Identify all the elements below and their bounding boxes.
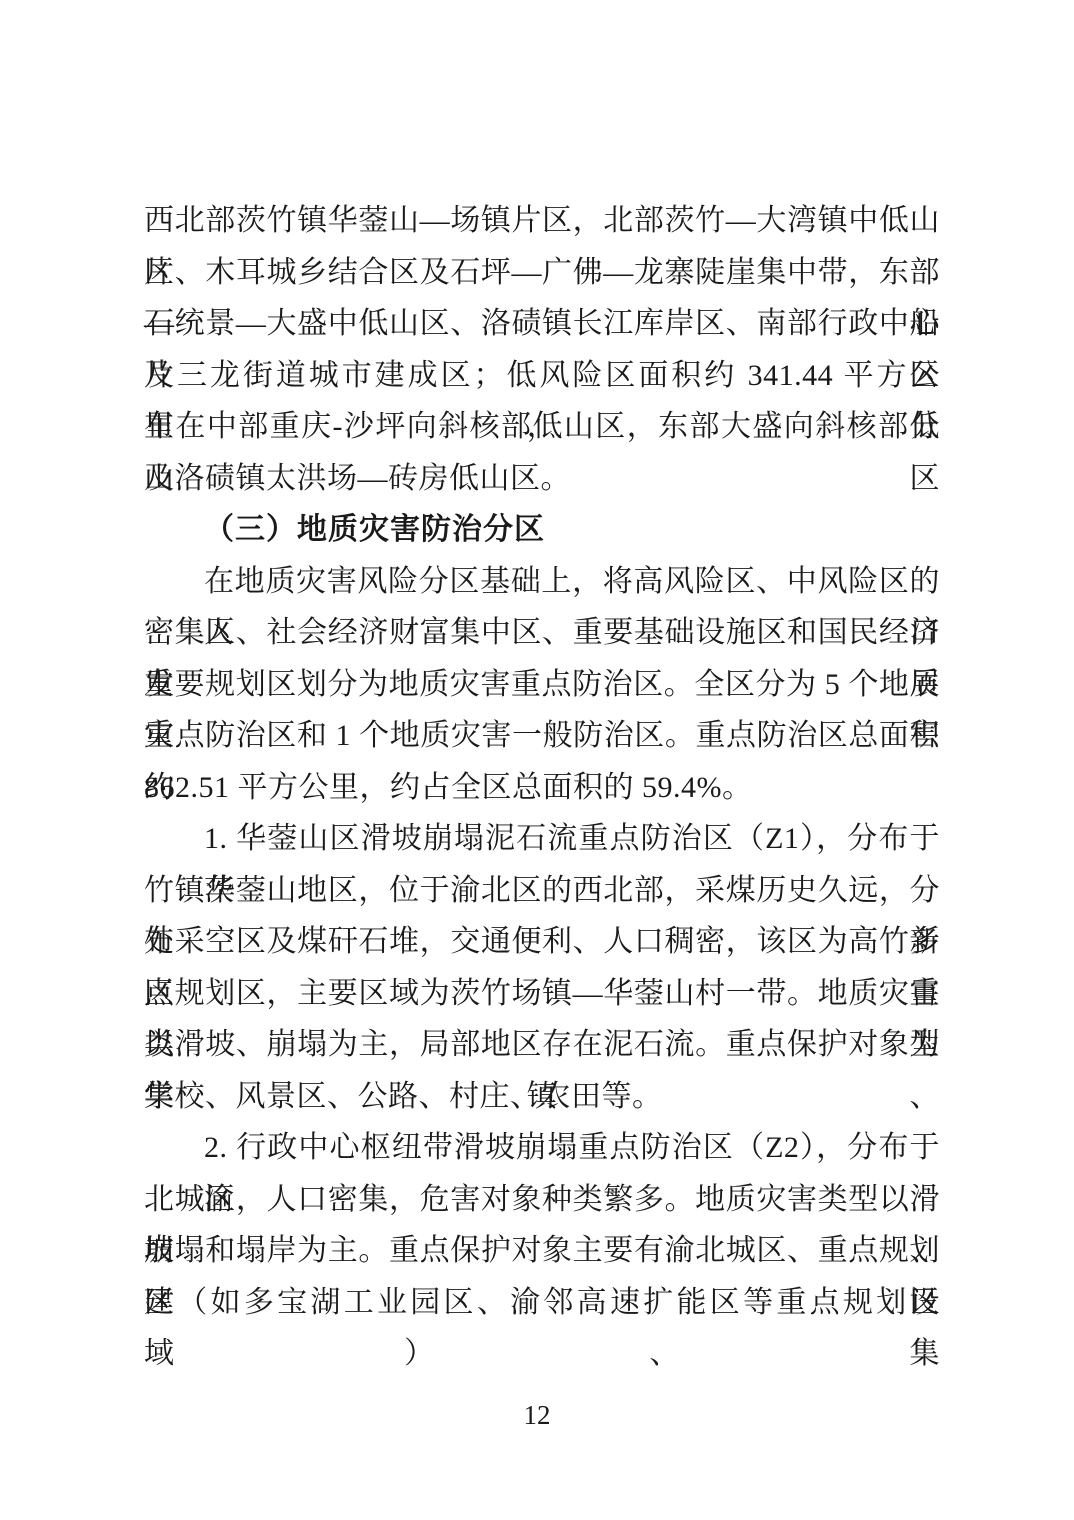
text-line: —统景—大盛中低山区、洛碛镇长江库岸区、南部行政中心片区	[144, 298, 940, 350]
text-line: 在地质灾害风险分区基础上，将高风险区、中风险区的人口	[144, 556, 940, 608]
section-heading: （三）地质灾害防治分区	[144, 504, 940, 556]
document-page: 西北部茨竹镇华蓥山—场镇片区，北部茨竹—大湾镇中低山片 区、木耳城乡结合区及石坪…	[0, 0, 1074, 1520]
text-line: 及三龙街道城市建成区；低风险区面积约 341.44 平方公里，分	[144, 350, 940, 402]
text-line: 区（如多宝湖工业园区、渝邻高速扩能区等重点规划区域）、集	[144, 1277, 940, 1329]
text-line: 重点防治区和 1 个地质灾害一般防治区。重点防治区总面积约	[144, 710, 940, 762]
text-line: 密集区、社会经济财富集中区、重要基础设施区和国民经济发展	[144, 607, 940, 659]
text-line: 2. 行政中心枢纽带滑坡崩塌重点防治区（Z2），分布于渝	[144, 1122, 940, 1174]
text-line: 北城区，人口密集，危害对象种类繁多。地质灾害类型以滑坡、	[144, 1174, 940, 1226]
text-line: 竹镇华蓥山地区，位于渝北区的西北部，采煤历史久远，分布多	[144, 865, 940, 917]
text-line: 862.51 平方公里，约占全区总面积的 59.4%。	[144, 762, 940, 814]
text-line: 崩塌和塌岸为主。重点保护对象主要有渝北城区、重点规划建设	[144, 1225, 940, 1277]
document-body: 西北部茨竹镇华蓥山—场镇片区，北部茨竹—大湾镇中低山片 区、木耳城乡结合区及石坪…	[144, 195, 940, 1328]
text-line: 布在中部重庆-沙坪向斜核部低山区，东部大盛向斜核部低山区	[144, 401, 940, 453]
text-line: 重要规划区划分为地质灾害重点防治区。全区分为 5 个地质灾害	[144, 659, 940, 711]
text-line: 处采空区及煤矸石堆，交通便利、人口稠密，该区为高竹新区重	[144, 916, 940, 968]
text-line: 以滑坡、崩塌为主，局部地区存在泥石流。重点保护对象为集镇、	[144, 1019, 940, 1071]
text-line: 点规划区，主要区域为茨竹场镇—华蓥山村一带。地质灾害类型	[144, 968, 940, 1020]
text-line: 区、木耳城乡结合区及石坪—广佛—龙寨陡崖集中带，东部石船	[144, 247, 940, 299]
text-line: 1. 华蓥山区滑坡崩塌泥石流重点防治区（Z1），分布于茨	[144, 813, 940, 865]
text-line: 西北部茨竹镇华蓥山—场镇片区，北部茨竹—大湾镇中低山片	[144, 195, 940, 247]
page-number: 12	[0, 1398, 1074, 1432]
